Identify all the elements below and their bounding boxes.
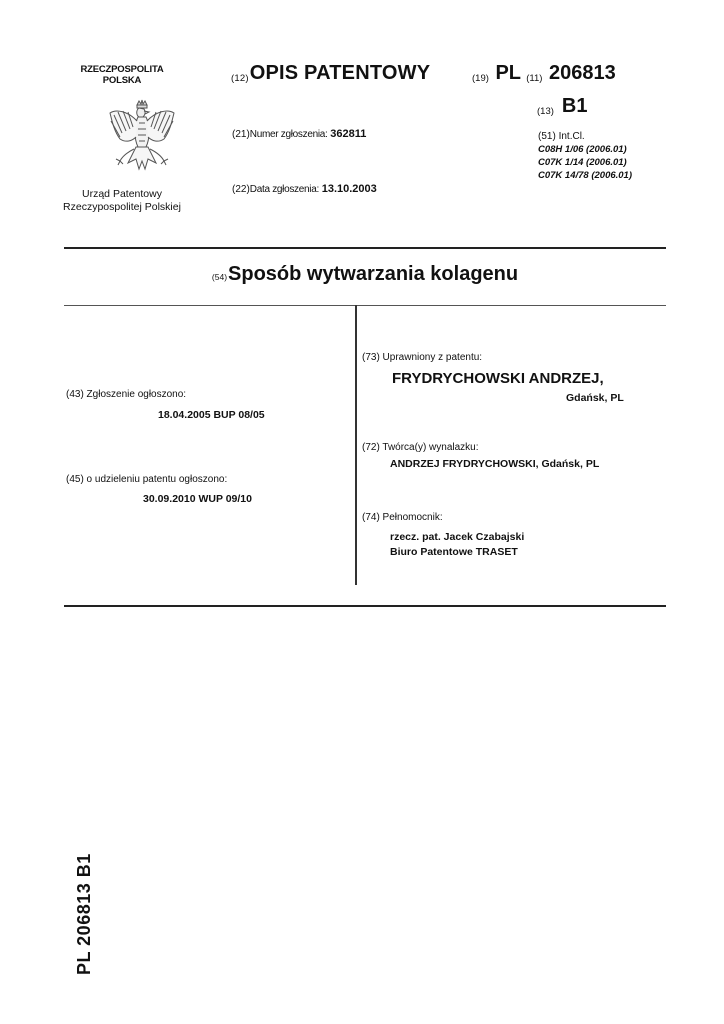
polish-eagle-icon (106, 99, 178, 177)
classification-item: C07K 14/78 (2006.01) (538, 169, 632, 182)
divider-top (64, 247, 666, 249)
patent-title: (54)Sposób wytwarzania kolagenu (64, 263, 666, 286)
filing-date: (22)Data zgłoszenia: 13.10.2003 (232, 183, 377, 195)
inventor-label: (72) Twórca(y) wynalazku: (362, 442, 479, 453)
inid-code: (13) (537, 106, 554, 117)
side-patent-label: PL 206813 B1 (74, 853, 95, 975)
country-name: RZECZPOSPOLITA POLSKA (62, 64, 182, 86)
inid-code: (11) (526, 73, 542, 84)
inid-code: (19) (472, 73, 489, 84)
country-line-2: POLSKA (62, 75, 182, 86)
intcl-label: Int.Cl. (559, 131, 585, 142)
doc-type-text: OPIS PATENTOWY (250, 62, 431, 84)
granted-label: (45) o udzieleniu patentu ogłoszono: (66, 474, 227, 485)
filing-date-label: Data zgłoszenia: (250, 184, 319, 195)
office-line-1: Urząd Patentowy (52, 188, 192, 201)
classification-item: C08H 1/06 (2006.01) (538, 143, 632, 156)
classification-item: C07K 1/14 (2006.01) (538, 156, 632, 169)
published-value: 18.04.2005 BUP 08/05 (158, 409, 265, 421)
inid-code: (21) (232, 129, 250, 140)
attorney-line-1: rzecz. pat. Jacek Czabajski (390, 530, 524, 545)
attorney-line-2: Biuro Patentowe TRASET (390, 545, 524, 560)
column-divider (355, 305, 357, 585)
owner-label: (73) Uprawniony z patentu: (362, 352, 482, 363)
office-line-2: Rzeczypospolitej Polskiej (52, 201, 192, 214)
patent-title-text: Sposób wytwarzania kolagenu (228, 263, 518, 285)
document-type: (12)OPIS PATENTOWY (231, 62, 430, 85)
divider-bottom (64, 605, 666, 607)
inid-code: (51) (538, 131, 556, 142)
office-name: Urząd Patentowy Rzeczypospolitej Polskie… (52, 188, 192, 214)
attorney-value: rzecz. pat. Jacek Czabajski Biuro Patent… (390, 530, 524, 560)
kind-code: (13)B1 (537, 95, 587, 118)
kind-code-value: B1 (562, 95, 588, 117)
owner-name: FRYDRYCHOWSKI ANDRZEJ, (392, 370, 604, 387)
application-number-label: Numer zgłoszenia: (250, 129, 328, 140)
int-classification: (51) Int.Cl. C08H 1/06 (2006.01) C07K 1/… (538, 130, 632, 182)
application-number: (21)Numer zgłoszenia: 362811 (232, 128, 366, 140)
patent-number: (19) PL (11) 206813 (472, 62, 616, 85)
owner-city: Gdańsk, PL (566, 392, 624, 404)
country-line-1: RZECZPOSPOLITA (62, 64, 182, 75)
application-number-value: 362811 (330, 128, 366, 140)
granted-value: 30.09.2010 WUP 09/10 (143, 493, 252, 505)
divider-title-bottom (64, 305, 666, 306)
inid-code: (22) (232, 184, 250, 195)
inventor-value: ANDRZEJ FRYDRYCHOWSKI, Gdańsk, PL (390, 458, 599, 470)
published-label: (43) Zgłoszenie ogłoszono: (66, 389, 186, 400)
country-code: PL (495, 62, 520, 84)
inid-code: (12) (231, 73, 249, 84)
filing-date-value: 13.10.2003 (322, 183, 377, 195)
attorney-label: (74) Pełnomocnik: (362, 512, 443, 523)
patent-number-value: 206813 (549, 62, 616, 84)
inid-code: (54) (212, 272, 227, 282)
